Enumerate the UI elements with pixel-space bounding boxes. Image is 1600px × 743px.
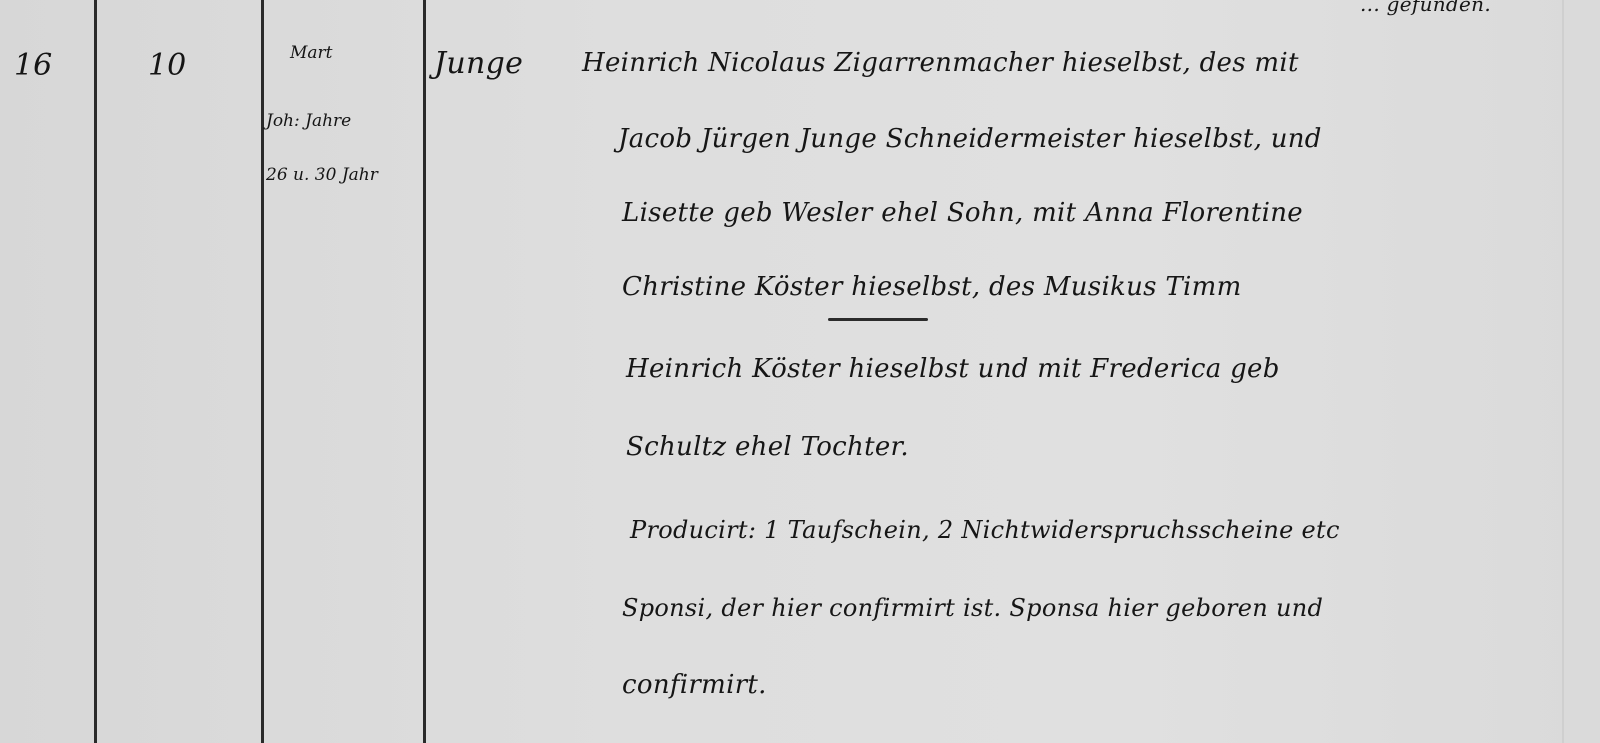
note-line-2: Joh: Jahre [266, 108, 351, 134]
body-line-5: Heinrich Köster hieselbst und mit Freder… [626, 354, 1280, 384]
surname: Junge [434, 46, 523, 81]
body-line-7: Producirt: 1 Taufschein, 2 Nichtwiderspr… [630, 516, 1340, 544]
body-line-8: Sponsi, der hier confirmirt ist. Sponsa … [622, 594, 1323, 622]
note-line-1: Mart [290, 40, 333, 66]
register-page: 16 10 Mart Joh: Jahre 26 u. 30 Jahr Jung… [0, 0, 1600, 743]
body-line-1: Heinrich Nicolaus Zigarrenmacher hieselb… [582, 48, 1299, 78]
body-line-6: Schultz ehel Tochter. [626, 432, 909, 462]
body-line-3: Lisette geb Wesler ehel Sohn, mit Anna F… [622, 198, 1303, 228]
body-line-9: confirmirt. [622, 670, 767, 700]
page-fold [1562, 0, 1564, 743]
note-line-3: 26 u. 30 Jahr [266, 162, 378, 188]
entry-number: 16 [14, 48, 52, 83]
column-rule-3 [423, 0, 426, 743]
body-line-2: Jacob Jürgen Junge Schneidermeister hies… [618, 124, 1322, 154]
body-line-4: Christine Köster hieselbst, des Musikus … [622, 272, 1242, 302]
column-rule-1 [94, 0, 97, 743]
column-rule-2 [261, 0, 264, 743]
name-underline [828, 318, 928, 321]
entry-day: 10 [148, 48, 186, 83]
top-fragment: ... gefunden. [1360, 0, 1491, 16]
